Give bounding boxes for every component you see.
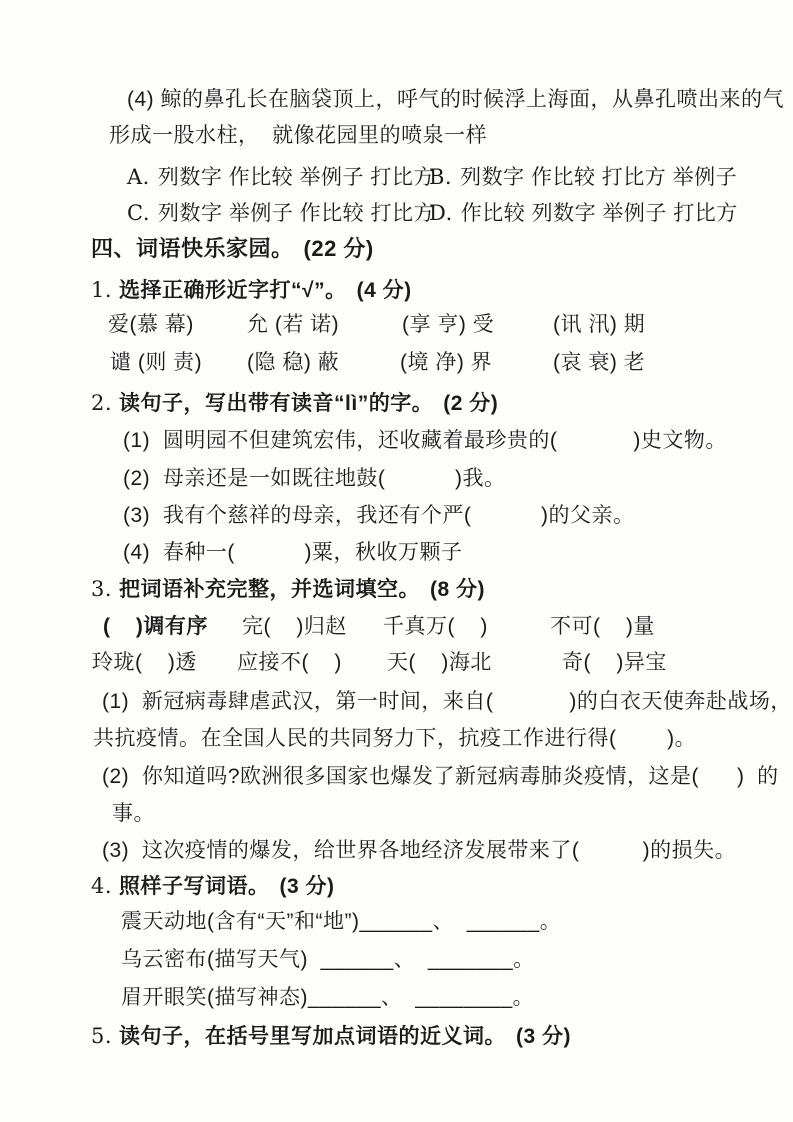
- question-4-points: (3 分): [280, 875, 335, 898]
- choice-c: C.列数字 举例子 作比较 打比方: [127, 200, 435, 227]
- reading-item4-line1: (4) 鲸的鼻孔长在脑袋顶上，呼气的时候浮上海面，从鼻孔喷出来的气: [127, 87, 784, 113]
- q1-word-pair: (哀 衰) 老: [553, 350, 645, 376]
- choice-a: A.列数字 作比较 举例子 打比方: [127, 164, 435, 191]
- question-3-title: 把词语补充完整，并选词填空。: [119, 578, 420, 601]
- q4-item-1: 震天动地(含有“天”和“地”)______、 ______。: [121, 909, 561, 935]
- question-4-title: 照样子写词语。: [119, 875, 270, 898]
- choice-a-text: 列数字 作比较 举例子 打比方: [158, 166, 435, 189]
- q2-item-4: (4) 春种一( )粟，秋收万颗子: [123, 540, 463, 566]
- q1-word-pair: (讯 汛) 期: [553, 312, 645, 338]
- question-5-number: 5.: [91, 1024, 112, 1048]
- q3-word-row-1: ( )调有序 完( )归赵 千真万( ) 不可( )量: [0, 614, 793, 640]
- q1-word-pair: (隐 稳) 蔽: [247, 350, 339, 376]
- q2-item-1: (1) 圆明园不但建筑宏伟，还收藏着最珍贵的( )史文物。: [123, 428, 727, 454]
- question-3-number: 3.: [91, 577, 112, 601]
- question-3-points: (8 分): [430, 578, 485, 601]
- q3-fill-item-1-line-1: (1) 新冠病毒肆虐武汉，第一时间，来自( )的白衣天使奔赴战场，: [102, 689, 792, 715]
- question-5-points: (3 分): [516, 1025, 571, 1048]
- question-2-points: (2 分): [443, 392, 498, 415]
- choice-b: B.列数字 作比较 打比方 举例子: [429, 164, 737, 191]
- question-1-heading: 1.选择正确形近字打“√”。(4 分): [91, 277, 412, 304]
- q1-word-pair: (境 净) 界: [400, 350, 492, 376]
- choice-c-text: 列数字 举例子 作比较 打比方: [158, 202, 435, 225]
- section-heading: 四、词语快乐家园。(22 分): [91, 236, 374, 262]
- question-5-title: 读句子，在括号里写加点词语的近义词。: [119, 1025, 506, 1048]
- q4-item-3: 眉开眼笑(描写神态)______、 ________。: [121, 985, 534, 1011]
- q3-word-blank: 天( )海北: [387, 650, 492, 676]
- reading-item4-line2: 形成一股水柱， 就像花园里的喷泉一样: [109, 123, 487, 149]
- q3-word-blank: 千真万( ): [383, 614, 488, 640]
- choice-a-label: A.: [127, 165, 150, 189]
- choice-d-text: 作比较 列数字 举例子 打比方: [461, 202, 738, 225]
- q3-fill-item-2-line-1: (2) 你知道吗?欧洲很多国家也爆发了新冠病毒肺炎疫情，这是( ) 的: [102, 764, 779, 790]
- q3-word-row-2: 玲珑( )透 应接不( ) 天( )海北 奇( )异宝: [0, 650, 793, 676]
- question-1-number: 1.: [91, 278, 112, 302]
- q3-word-blank: 应接不( ): [237, 650, 342, 676]
- q3-word-blank: 不可( )量: [550, 614, 655, 640]
- q1-word-row-2: 谴 (则 责) (隐 稳) 蔽 (境 净) 界 (哀 衰) 老: [0, 350, 793, 376]
- q3-word-blank: ( )调有序: [103, 614, 208, 640]
- section-heading-points: (22 分): [304, 236, 374, 261]
- question-4-number: 4.: [91, 874, 112, 898]
- choice-d-label: D.: [429, 201, 453, 225]
- exam-page: (4) 鲸的鼻孔长在脑袋顶上，呼气的时候浮上海面，从鼻孔喷出来的气 形成一股水柱…: [0, 0, 793, 1122]
- q1-word-pair: 爱(慕 幕): [108, 312, 194, 338]
- choice-b-text: 列数字 作比较 打比方 举例子: [460, 166, 737, 189]
- choice-c-label: C.: [127, 201, 150, 225]
- question-2-number: 2.: [91, 391, 112, 415]
- q3-word-blank: 完( )归赵: [242, 614, 347, 640]
- q1-word-row-1: 爱(慕 幕) 允 (若 诺) (享 亨) 受 (讯 汛) 期: [0, 312, 793, 338]
- q1-word-pair: (享 亨) 受: [402, 312, 494, 338]
- question-2-heading: 2.读句子，写出带有读音“lì”的字。(2 分): [91, 390, 498, 417]
- q1-word-pair: 允 (若 诺): [247, 312, 339, 338]
- question-1-title: 选择正确形近字打“√”。: [119, 279, 347, 302]
- q3-word-blank: 玲珑( )透: [92, 650, 197, 676]
- q3-fill-item-1-line-2: 共抗疫情。在全国人民的共同努力下，抗疫工作进行得( )。: [93, 726, 696, 752]
- q4-item-2: 乌云密布(描写天气) ______、 _______。: [121, 947, 535, 973]
- q3-fill-item-3: (3) 这次疫情的爆发，给世界各地经济发展带来了( )的损失。: [102, 838, 736, 864]
- q2-item-2: (2) 母亲还是一如既往地鼓( )我。: [123, 466, 506, 492]
- question-4-heading: 4.照样子写词语。(3 分): [91, 873, 335, 900]
- question-5-heading: 5.读句子，在括号里写加点词语的近义词。(3 分): [91, 1023, 571, 1050]
- q3-word-blank: 奇( )异宝: [562, 650, 667, 676]
- choice-b-label: B.: [429, 165, 452, 189]
- section-heading-text: 四、词语快乐家园。: [91, 236, 294, 261]
- question-3-heading: 3.把词语补充完整，并选词填空。(8 分): [91, 576, 485, 603]
- choice-d: D.作比较 列数字 举例子 打比方: [429, 200, 738, 227]
- q2-item-3: (3) 我有个慈祥的母亲，我还有个严( )的父亲。: [123, 503, 635, 529]
- question-1-points: (4 分): [357, 279, 412, 302]
- q3-fill-item-2-line-2: 事。: [112, 801, 155, 827]
- question-2-title: 读句子，写出带有读音“lì”的字。: [119, 392, 433, 415]
- q1-word-pair: 谴 (则 责): [110, 350, 202, 376]
